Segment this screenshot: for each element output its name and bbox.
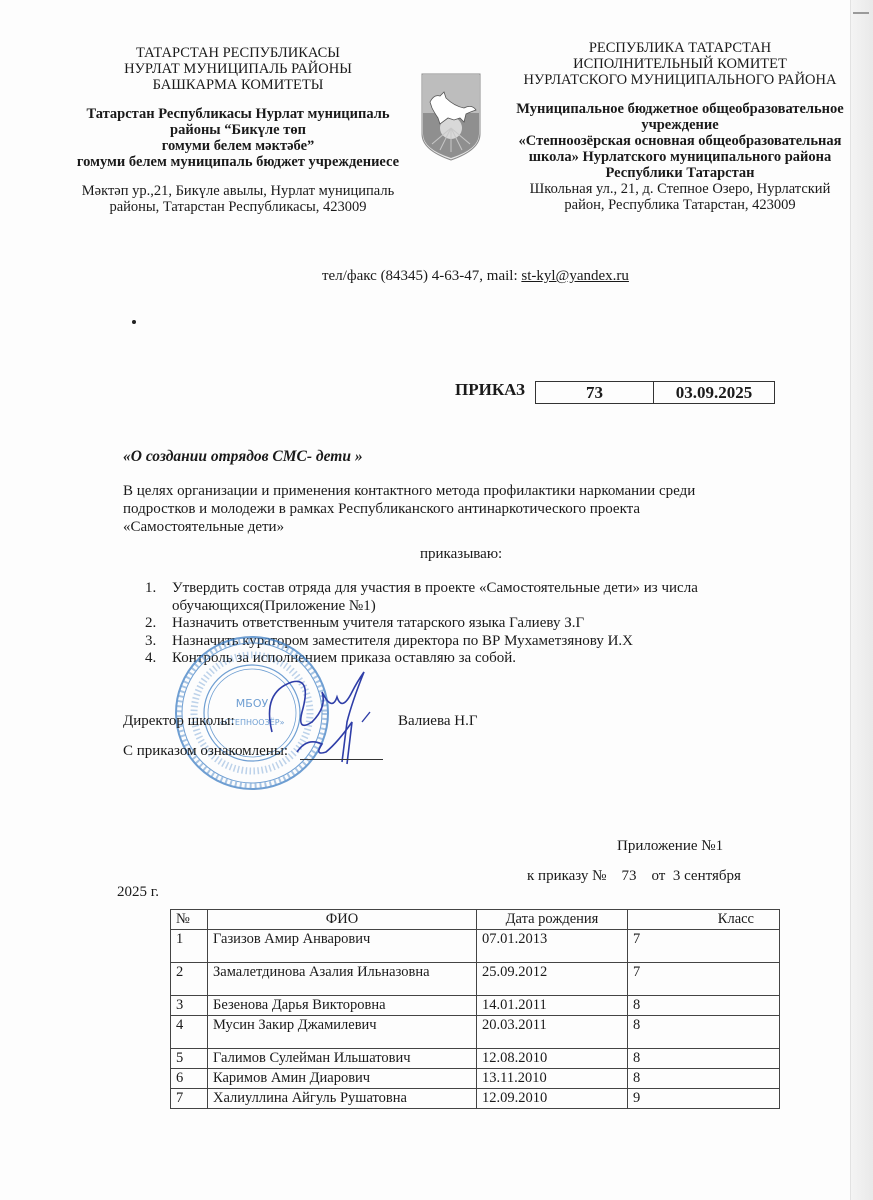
col-grade: Класс: [628, 910, 780, 930]
authority-line: НУРЛАТСКОГО МУНИЦИПАЛЬНОГО РАЙОНА: [505, 72, 855, 88]
appendix-reference: к приказу № 73 от 3 сентября: [527, 868, 741, 885]
header-left: ТАТАРСТАН РЕСПУБЛИКАСЫ НУРЛАТ МУНИЦИПАЛЬ…: [68, 45, 408, 215]
address-line: Школьная ул., 21, д. Степное Озеро, Нурл…: [505, 181, 855, 197]
table-row: 1 Газизов Амир Анварович 07.01.2013 7: [171, 930, 780, 963]
institution-line: школа» Нурлатского муниципального района: [505, 149, 855, 165]
scan-speck: [132, 320, 136, 324]
institution-line: Муниципальное бюджетное общеобразователь…: [505, 101, 855, 117]
order-date: 03.09.2025: [654, 382, 774, 403]
table-row: 7 Халиуллина Айгуль Рушатовна 12.09.2010…: [171, 1089, 780, 1109]
contacts: тел/факс (84345) 4-63-47, mail: st-kyl@y…: [322, 268, 629, 285]
col-birthdate: Дата рождения: [477, 910, 628, 930]
col-name: ФИО: [208, 910, 477, 930]
table-header-row: № ФИО Дата рождения Класс: [171, 910, 780, 930]
institution-line: «Степноозёрская основная общеобразовател…: [505, 133, 855, 149]
col-number: №: [171, 910, 208, 930]
table-row: 4 Мусин Закир Джамилевич 20.03.2011 8: [171, 1016, 780, 1049]
roster-table: № ФИО Дата рождения Класс 1 Газизов Амир…: [170, 909, 780, 1109]
authority-line: БАШКАРМА КОМИТЕТЫ: [68, 77, 408, 93]
authority-line: НУРЛАТ МУНИЦИПАЛЬ РАЙОНЫ: [68, 61, 408, 77]
acknowledged-label: С приказом ознакомлены:: [123, 743, 288, 760]
institution-line: Татарстан Республикасы Нурлат муниципаль: [68, 106, 408, 122]
document-page: ТАТАРСТАН РЕСПУБЛИКАСЫ НУРЛАТ МУНИЦИПАЛЬ…: [0, 0, 873, 1200]
institution-line: гомуми белем муниципаль бюджет учреждени…: [68, 154, 408, 170]
order-title: «О создании отрядов СМС- дети »: [123, 448, 363, 466]
appendix-year: 2025 г.: [117, 884, 159, 901]
table-row: 5 Галимов Сулейман Ильшатович 12.08.2010…: [171, 1049, 780, 1069]
address-line: район, Республика Татарстан, 423009: [505, 197, 855, 213]
authority-line: ТАТАРСТАН РЕСПУБЛИКАСЫ: [68, 45, 408, 61]
table-row: 3 Безенова Дарья Викторовна 14.01.2011 8: [171, 996, 780, 1016]
table-row: 2 Замалетдинова Азалия Ильназовна 25.09.…: [171, 963, 780, 996]
address-line: Мәктәп ур.,21, Бикүле авылы, Нурлат муни…: [68, 183, 408, 199]
order-item: 2.Назначить ответственным учителя татарс…: [145, 615, 755, 633]
address-line: районы, Татарстан Республикасы, 423009: [68, 199, 408, 215]
order-intro: В целях организации и применения контакт…: [123, 482, 743, 536]
email-link[interactable]: st-kyl@yandex.ru: [521, 268, 629, 284]
scan-mark: [853, 12, 869, 14]
coat-of-arms-icon: [418, 72, 484, 162]
order-command: приказываю:: [420, 546, 502, 563]
order-label: ПРИКАЗ: [455, 380, 525, 400]
order-number-box: 73 03.09.2025: [535, 381, 775, 404]
table-row: 6 Каримов Амин Диарович 13.11.2010 8: [171, 1069, 780, 1089]
order-number: 73: [536, 382, 654, 403]
authority-line: ИСПОЛНИТЕЛЬНЫЙ КОМИТЕТ: [505, 56, 855, 72]
signatory-role: Директор школы:: [123, 713, 235, 730]
header-right: РЕСПУБЛИКА ТАТАРСТАН ИСПОЛНИТЕЛЬНЫЙ КОМИ…: [505, 40, 855, 213]
phone-fax: тел/факс (84345) 4-63-47, mail:: [322, 268, 521, 284]
institution-line: районы “Бикүле төп: [68, 122, 408, 138]
order-item: 1.Утвердить состав отряда для участия в …: [145, 580, 755, 615]
acknowledged-line: [300, 759, 383, 760]
institution-line: учреждение: [505, 117, 855, 133]
appendix-title: Приложение №1: [617, 838, 723, 855]
institution-line: гомуми белем мәктәбе”: [68, 138, 408, 154]
authority-line: РЕСПУБЛИКА ТАТАРСТАН: [505, 40, 855, 56]
signatory-name: Валиева Н.Г: [398, 713, 478, 730]
institution-line: Республики Татарстан: [505, 165, 855, 181]
